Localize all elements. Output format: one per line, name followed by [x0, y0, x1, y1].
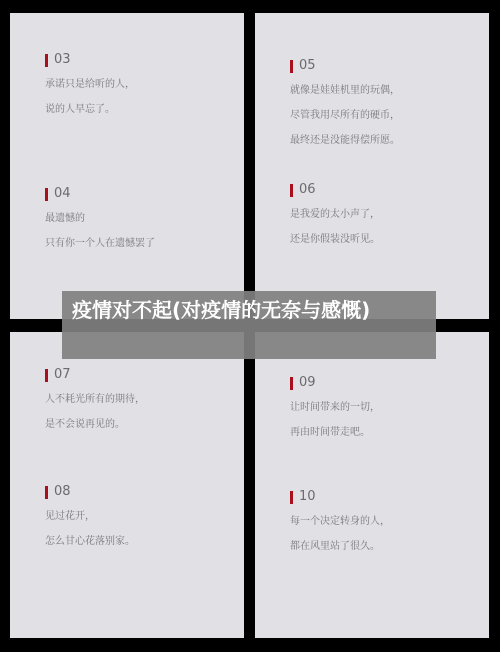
quote-number: 09: [299, 376, 316, 390]
quote-line: 每一个决定转身的人，: [290, 515, 390, 529]
quote-line: 只有你一个人在遗憾罢了: [45, 237, 155, 251]
quote-number: 06: [299, 183, 316, 197]
accent-bar-icon: [290, 60, 293, 73]
quote-item-09: 09 让时间带来的一切， 再由时间带走吧。: [290, 376, 380, 440]
quote-line: 最终还是没能得偿所愿。: [290, 134, 400, 148]
quote-item-06: 06 是我爱的太小声了， 还是你假装没听见。: [290, 183, 380, 247]
accent-bar-icon: [45, 369, 48, 382]
quote-number: 04: [54, 187, 71, 201]
accent-bar-icon: [290, 491, 293, 504]
page-title: 疫情对不起(对疫情的无奈与感慨): [72, 296, 422, 324]
quote-item-03: 03 承诺只是给听的人， 说的人早忘了。: [45, 53, 135, 117]
quote-item-07: 07 人不耗光所有的期待， 是不会说再见的。: [45, 368, 145, 432]
quote-item-04: 04 最遗憾的 只有你一个人在遗憾罢了: [45, 187, 155, 251]
quote-number: 08: [54, 485, 71, 499]
accent-bar-icon: [45, 54, 48, 67]
quote-number: 10: [299, 490, 316, 504]
title-overlay: 疫情对不起(对疫情的无奈与感慨): [62, 291, 436, 359]
quote-panel-bottom-right: 09 让时间带来的一切， 再由时间带走吧。 10 每一个决定转身的人， 都在风里…: [255, 332, 489, 638]
quote-number: 07: [54, 368, 71, 382]
quote-line: 尽管我用尽所有的硬币，: [290, 109, 400, 123]
quote-line: 说的人早忘了。: [45, 103, 135, 117]
accent-bar-icon: [290, 377, 293, 390]
quote-number: 05: [299, 59, 316, 73]
quote-item-10: 10 每一个决定转身的人， 都在风里站了很久。: [290, 490, 390, 554]
quote-line: 就像是娃娃机里的玩偶，: [290, 84, 400, 98]
quote-panel-top-left: 03 承诺只是给听的人， 说的人早忘了。 04 最遗憾的 只有你一个人在遗憾罢了: [10, 13, 244, 319]
accent-bar-icon: [290, 184, 293, 197]
quote-line: 人不耗光所有的期待，: [45, 393, 145, 407]
quote-line: 是我爱的太小声了，: [290, 208, 380, 222]
quote-line: 最遗憾的: [45, 212, 155, 226]
accent-bar-icon: [45, 486, 48, 499]
quote-line: 再由时间带走吧。: [290, 426, 380, 440]
quote-line: 都在风里站了很久。: [290, 540, 390, 554]
quote-panel-bottom-left: 07 人不耗光所有的期待， 是不会说再见的。 08 见过花开， 怎么甘心花落别家…: [10, 332, 244, 638]
quote-line: 见过花开，: [45, 510, 135, 524]
quote-line: 怎么甘心花落别家。: [45, 535, 135, 549]
quote-line: 是不会说再见的。: [45, 418, 145, 432]
quote-line: 还是你假装没听见。: [290, 233, 380, 247]
quote-number: 03: [54, 53, 71, 67]
quote-item-08: 08 见过花开， 怎么甘心花落别家。: [45, 485, 135, 549]
accent-bar-icon: [45, 188, 48, 201]
quote-item-05: 05 就像是娃娃机里的玩偶， 尽管我用尽所有的硬币， 最终还是没能得偿所愿。: [290, 59, 400, 148]
quote-line: 承诺只是给听的人，: [45, 78, 135, 92]
quote-panel-top-right: 05 就像是娃娃机里的玩偶， 尽管我用尽所有的硬币， 最终还是没能得偿所愿。 0…: [255, 13, 489, 319]
quote-line: 让时间带来的一切，: [290, 401, 380, 415]
